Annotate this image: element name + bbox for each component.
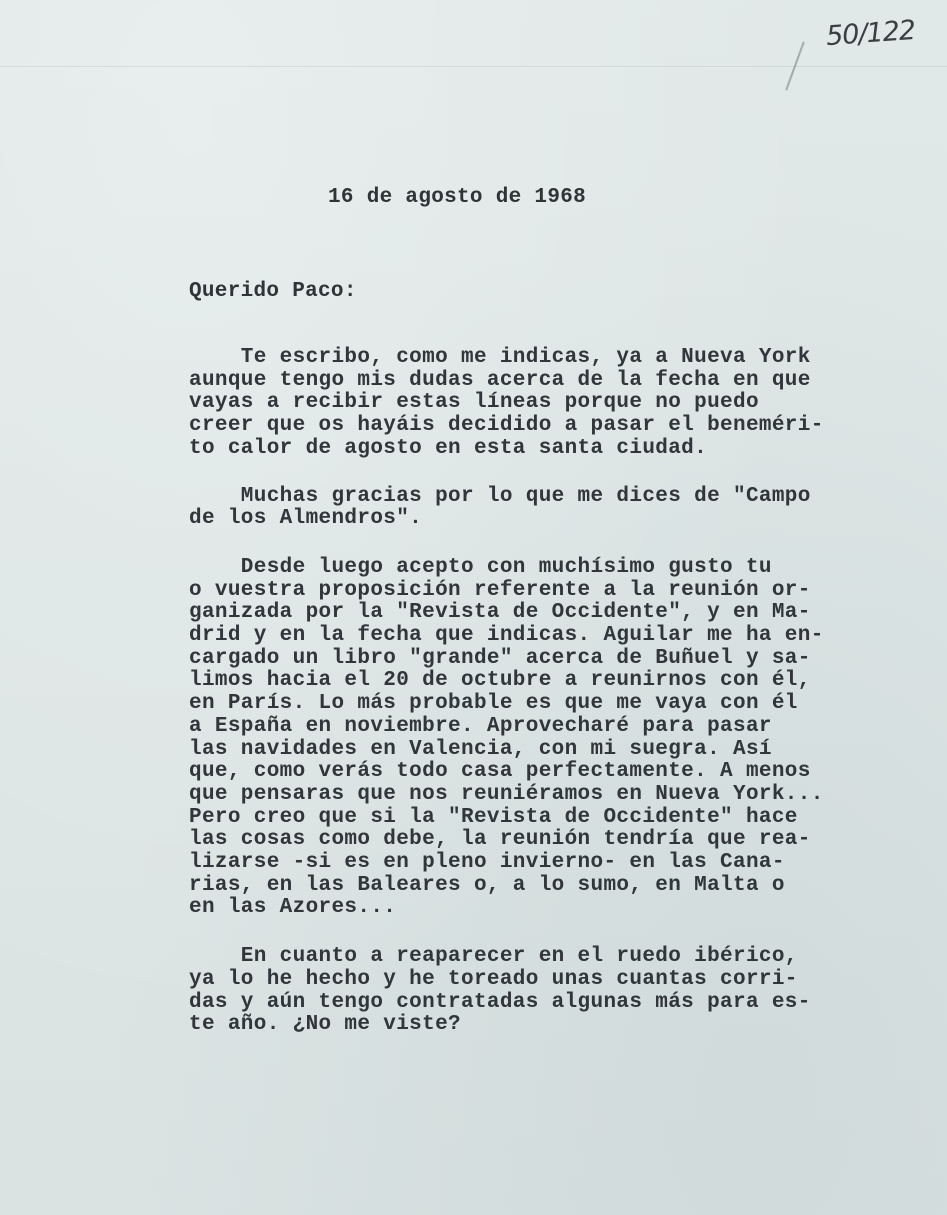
page-annotation: 50/122 xyxy=(825,15,916,52)
text-line: to calor de agosto en esta santa ciudad. xyxy=(189,438,939,461)
paragraph: Muchas gracias por lo que me dices de "C… xyxy=(189,486,939,531)
paragraph: Te escribo, como me indicas, ya a Nueva … xyxy=(189,347,939,461)
text-line: vayas a recibir estas líneas porque no p… xyxy=(189,392,939,415)
text-line: ganizada por la "Revista de Occidente", … xyxy=(189,602,939,625)
text-line: cargado un libro "grande" acerca de Buñu… xyxy=(189,648,939,671)
text-line: o vuestra proposición referente a la reu… xyxy=(189,580,939,603)
letter-date: 16 de agosto de 1968 xyxy=(328,186,586,209)
paper-crease xyxy=(0,66,947,67)
text-line: Te escribo, como me indicas, ya a Nueva … xyxy=(189,347,939,370)
text-line: te año. ¿No me viste? xyxy=(189,1014,939,1037)
text-line: ya lo he hecho y he toreado unas cuantas… xyxy=(189,969,939,992)
text-line: rias, en las Baleares o, a lo sumo, en M… xyxy=(189,875,939,898)
letter-body: Te escribo, como me indicas, ya a Nueva … xyxy=(189,347,939,1064)
text-line: drid y en la fecha que indicas. Aguilar … xyxy=(189,625,939,648)
text-line: En cuanto a reaparecer en el ruedo ibéri… xyxy=(189,946,939,969)
paragraph: Desde luego acepto con muchísimo gusto t… xyxy=(189,557,939,920)
text-line: Pero creo que si la "Revista de Occident… xyxy=(189,807,939,830)
paragraph: En cuanto a reaparecer en el ruedo ibéri… xyxy=(189,946,939,1037)
letter-greeting: Querido Paco: xyxy=(189,280,357,303)
text-line: Desde luego acepto con muchísimo gusto t… xyxy=(189,557,939,580)
text-line: las navidades en Valencia, con mi suegra… xyxy=(189,739,939,762)
text-line: aunque tengo mis dudas acerca de la fech… xyxy=(189,370,939,393)
text-line: limos hacia el 20 de octubre a reunirnos… xyxy=(189,670,939,693)
text-line: das y aún tengo contratadas algunas más … xyxy=(189,992,939,1015)
text-line: lizarse -si es en pleno invierno- en las… xyxy=(189,852,939,875)
text-line: en las Azores... xyxy=(189,897,939,920)
text-line: de los Almendros". xyxy=(189,508,939,531)
text-line: que, como verás todo casa perfectamente.… xyxy=(189,761,939,784)
text-line: en París. Lo más probable es que me vaya… xyxy=(189,693,939,716)
text-line: que pensaras que nos reuniéramos en Nuev… xyxy=(189,784,939,807)
text-line: Muchas gracias por lo que me dices de "C… xyxy=(189,486,939,509)
text-line: las cosas como debe, la reunión tendría … xyxy=(189,829,939,852)
text-line: creer que os hayáis decidido a pasar el … xyxy=(189,415,939,438)
text-line: a España en noviembre. Aprovecharé para … xyxy=(189,716,939,739)
